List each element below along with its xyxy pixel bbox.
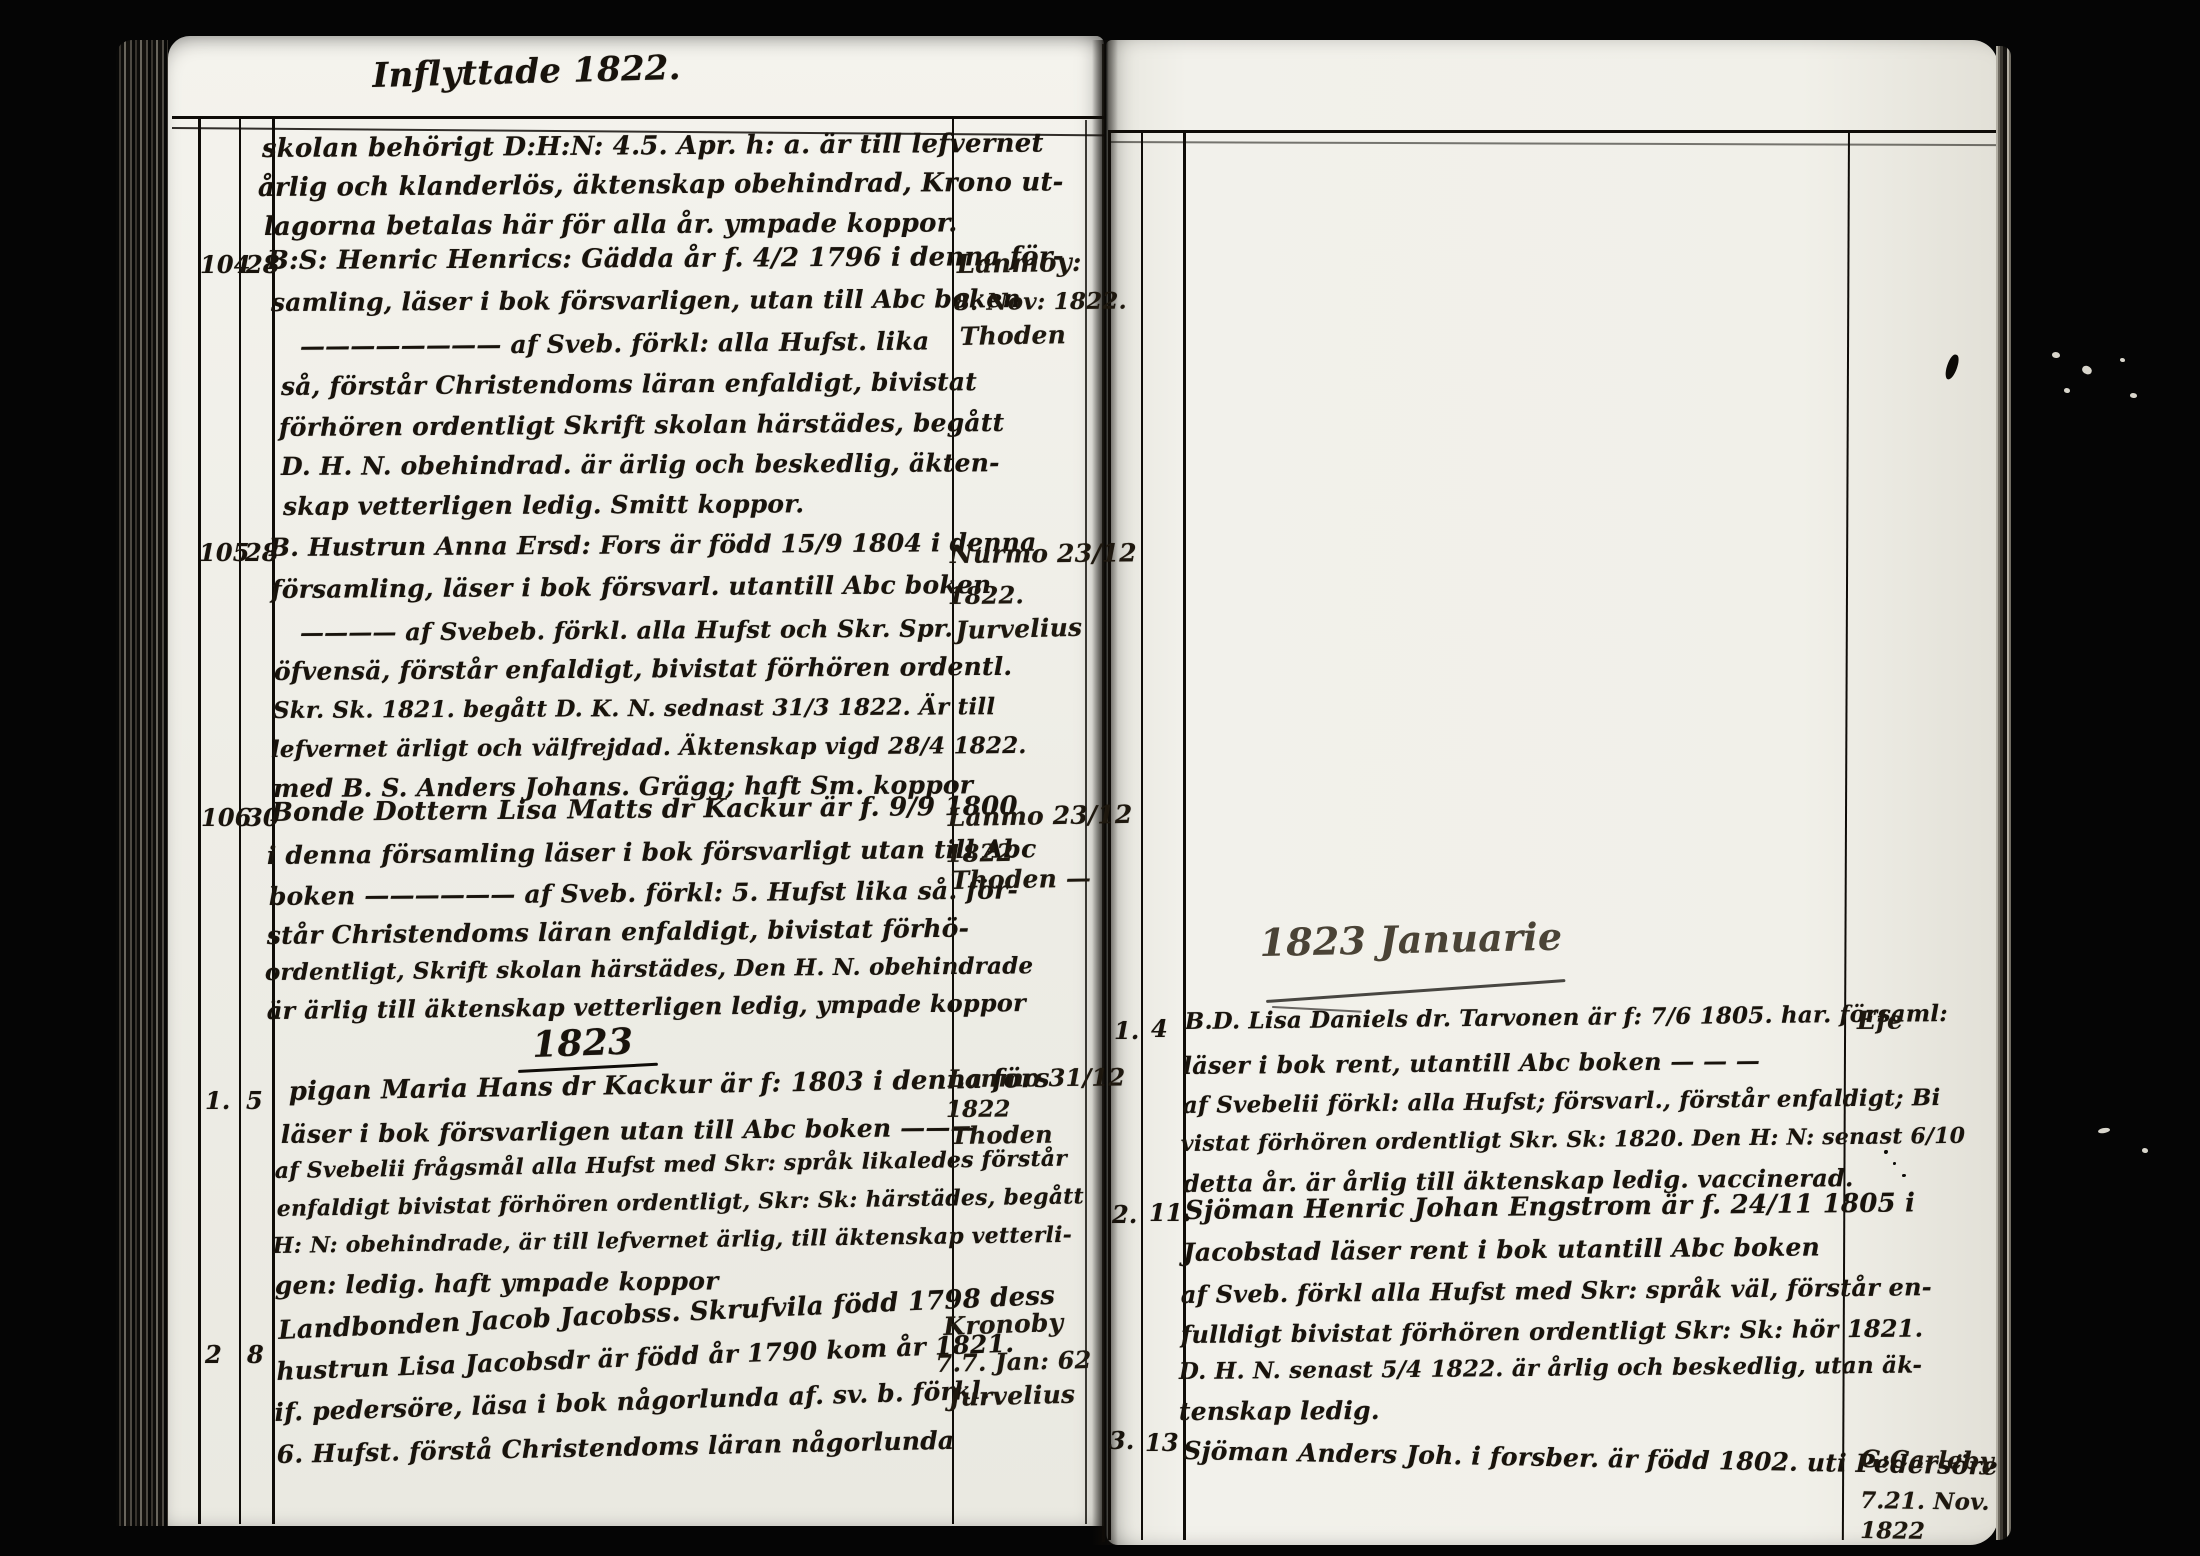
margin-note: Lanmoy:	[956, 248, 1082, 280]
entry-text-line: lefvernet ärligt och välfrejdad. Äktensk…	[271, 732, 1027, 763]
entry-day: 8	[247, 1340, 264, 1369]
margin-note: G:Carleby	[1860, 1444, 1994, 1475]
margin-note: Kronoby	[943, 1308, 1064, 1341]
margin-note: 1822	[946, 1095, 1011, 1123]
margin-note: Jurvelius	[948, 1380, 1075, 1412]
paper-speck	[2130, 393, 2137, 398]
margin-note: Lanmo 23/12	[947, 800, 1132, 832]
entry-text-line: ———————— af Sveb. förkl: alla Hufst. lik…	[300, 327, 930, 361]
margin-note: 1822	[945, 838, 1013, 868]
margin-note: Thoden —	[950, 864, 1091, 895]
paper-speck	[2142, 1148, 2148, 1153]
book-gutter	[1092, 40, 1118, 1545]
margin-note: 7.21. Nov.	[1860, 1487, 1990, 1516]
entry-text-line: öfvensä, förstår enfaldigt, bivistat för…	[274, 652, 1013, 686]
entry-text-line: Skr. Sk. 1821. begått D. K. N. sednast 3…	[273, 693, 995, 724]
page-stack-edge-left	[116, 40, 168, 1526]
entry-number: 2.	[1112, 1200, 1137, 1229]
entry-text-line: gen: ledig. haft ympade koppor	[275, 1266, 719, 1300]
page-stack-edge-right	[1996, 46, 2011, 1540]
margin-note: Thoden	[959, 320, 1066, 351]
entry-text-line: förhören ordentligt Skrift skolan härstä…	[279, 408, 1005, 442]
entry-number: 104	[200, 250, 251, 279]
intro-line: skolan behörigt D:H:N: 4.5. Apr. h: a. ä…	[262, 129, 1044, 164]
entry-text-line: skap vetterligen ledig. Smitt koppor.	[283, 489, 804, 521]
entry-text-line: B:S: Henric Henrics: Gädda år f. 4/2 179…	[267, 242, 1064, 276]
margin-note: 1822	[1860, 1517, 1925, 1545]
entry-text-line: B. Hustrun Anna Ersd: Fors är född 15/9 …	[269, 528, 1037, 562]
entry-number: 1.	[205, 1086, 230, 1115]
paper-speck	[2120, 358, 2125, 362]
margin-note: Nurmo 23/12	[950, 538, 1137, 569]
paper-speck	[2064, 388, 2070, 393]
margin-note: Thoden	[951, 1120, 1053, 1150]
register-header: Inflyttade 1822.	[372, 48, 681, 96]
entry-text-line: ———— af Svebeb. förkl. alla Hufst och Sk…	[300, 613, 953, 647]
entry-number: 105	[199, 538, 250, 567]
month-heading: 1823 Januarie	[1259, 914, 1563, 965]
paper-speck	[2098, 1127, 2111, 1134]
entry-day: 5	[246, 1086, 263, 1115]
entry-text-line: så, förstår Christendoms läran enfaldigt…	[281, 367, 977, 401]
intro-line: lagorna betalas här för alla år. ympade …	[264, 208, 958, 242]
entry-day: 4	[1151, 1014, 1168, 1043]
margin-note: Lanmo 31/12	[948, 1062, 1126, 1093]
entry-text-line: tenskap ledig.	[1179, 1396, 1380, 1426]
entry-text-line: samling, läser i bok försvarligen, utan …	[271, 284, 1021, 317]
margin-note: Jurvelius	[955, 613, 1082, 645]
intro-line: årlig och klanderlös, äktenskap obehindr…	[258, 167, 1064, 203]
entry-day: 13	[1145, 1428, 1179, 1457]
paper-speck	[2052, 352, 2060, 358]
table-rule-vertical	[1141, 130, 1143, 1540]
table-rule-vertical	[1108, 130, 1111, 1540]
entry-number: 1.	[1114, 1016, 1139, 1045]
entry-text-line: församling, läser i bok försvarl. utanti…	[271, 570, 992, 604]
entry-text-line: Jacobstad läser rent i bok utantill Abc …	[1183, 1232, 1820, 1267]
margin-note: 8. Nov: 1822.	[954, 287, 1127, 316]
entry-number: 2	[205, 1340, 222, 1369]
entry-text-line: D. H. N. obehindrad. är ärlig och besked…	[281, 448, 1000, 481]
margin-note: 7.7. Jan: 62	[935, 1345, 1092, 1378]
gutter-line	[1102, 44, 1105, 1542]
scanned-register-spread: Inflyttade 1822. skolan behörigt D:H:N: …	[0, 0, 2200, 1556]
table-rule-horizontal	[1108, 130, 1996, 133]
entry-number: 3.	[1109, 1426, 1134, 1455]
year-heading: 1823	[532, 1021, 634, 1066]
entry-text-line: läser i bok rent, utantill Abc boken — —…	[1183, 1046, 1760, 1080]
table-rule-horizontal	[172, 116, 1104, 119]
paper-speck	[2081, 365, 2093, 376]
margin-note: 1822.	[948, 580, 1024, 610]
margin-note: Efe	[1857, 1006, 1904, 1035]
entry-number: 106	[201, 803, 252, 832]
